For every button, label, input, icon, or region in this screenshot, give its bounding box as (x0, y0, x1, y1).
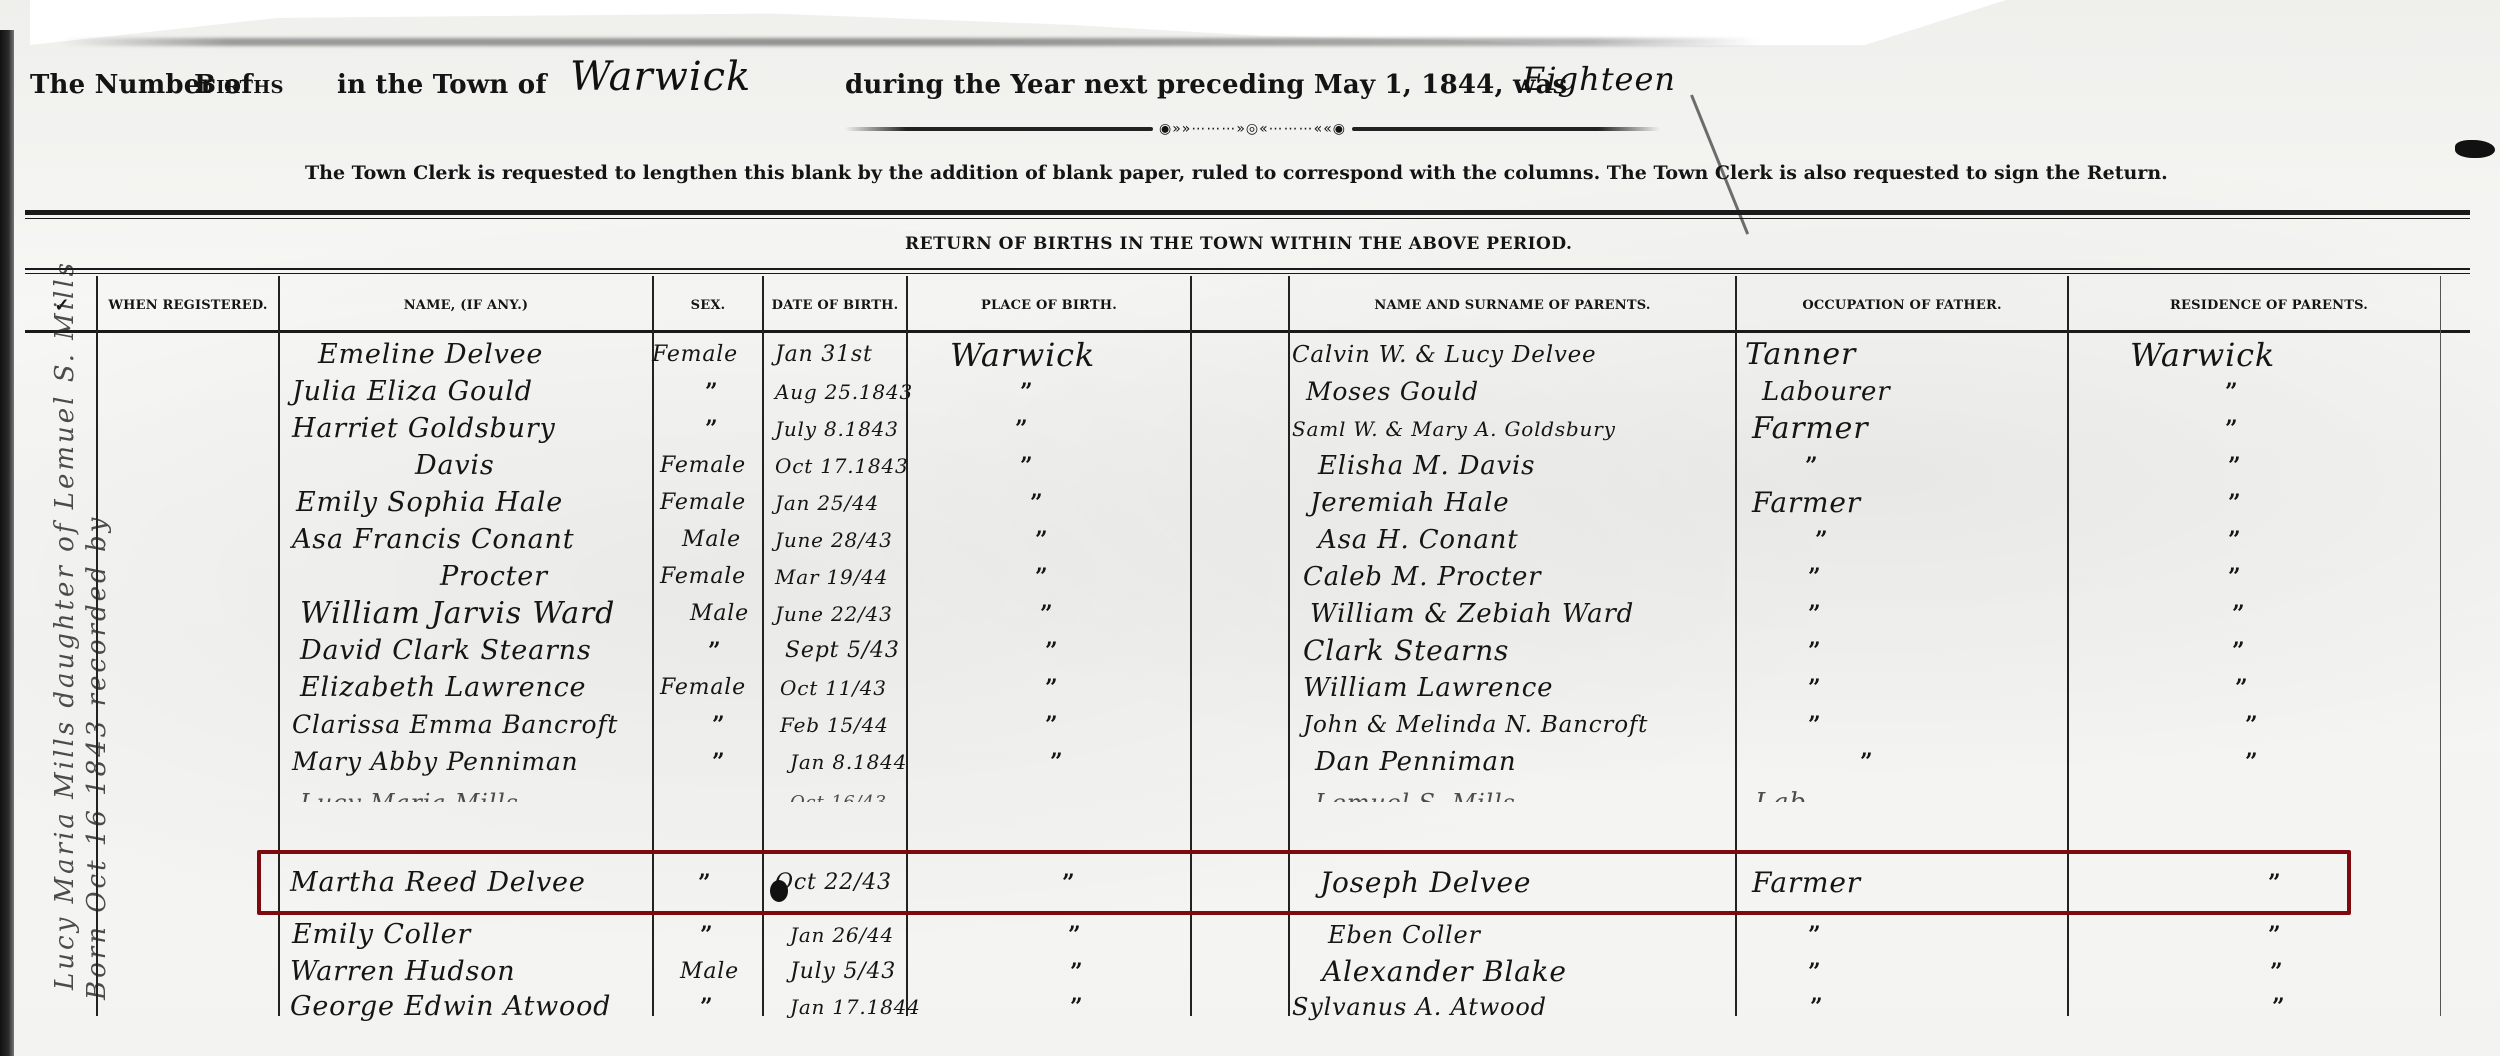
cell-dob: Mar 19/44 (775, 560, 888, 594)
cell-name: George Edwin Atwood (290, 990, 611, 1024)
table-row: David Clark Stearns ” Sept 5/43 ” Clark … (0, 634, 2500, 668)
cell-dob: July 5/43 (790, 955, 896, 989)
table-row-partial: Lucy Maria Mills Oct 16/43 Lemuel S. Mil… (0, 782, 2500, 802)
cell-occupation: ” (1808, 634, 1821, 668)
section-title: RETURN OF BIRTHS IN THE TOWN WITHIN THE … (905, 234, 1572, 254)
cell-parents: William Lawrence (1303, 671, 1553, 705)
ornament-divider: ◉»»⋯⋯⋯»◎«⋯⋯⋯««◉ (845, 122, 1660, 136)
cell-dob: Jan 25/44 (775, 486, 879, 520)
cell-place: ” (1035, 560, 1048, 594)
table-row: Davis Female Oct 17.1843 ” Elisha M. Dav… (0, 449, 2500, 483)
cell-sex: Male (690, 597, 749, 631)
cell-dob: Jan 26/44 (790, 918, 894, 952)
cell-sex: ” (712, 745, 725, 779)
birth-count: Eighteen (1522, 60, 1676, 98)
cell-residence: ” (2235, 671, 2248, 705)
cell-parents: Lemuel S. Mills (1315, 786, 1516, 802)
cell-dob: Jan 31st (775, 338, 873, 372)
cell-place: Warwick (950, 338, 1095, 372)
cell-dob: Oct 17.1843 (775, 449, 909, 483)
cell-occupation: ” (1860, 745, 1873, 779)
cell-sex: ” (700, 990, 713, 1024)
table-row: George Edwin Atwood ” Jan 17.1844 ” Sylv… (0, 990, 2500, 1024)
cell-residence: ” (2225, 375, 2238, 409)
cell-name: Harriet Goldsbury (292, 412, 556, 446)
cell-sex: ” (700, 918, 713, 952)
cell-place: ” (1070, 990, 1083, 1024)
header-rule-bottom (25, 330, 2470, 333)
cell-place: ” (1070, 955, 1083, 989)
table-row: Mary Abby Penniman ” Jan 8.1844 ” Dan Pe… (0, 745, 2500, 779)
cell-parents: Clark Stearns (1303, 634, 1509, 668)
cell-sex: ” (712, 708, 725, 742)
cell-sex: Male (682, 523, 741, 557)
cell-name: Mary Abby Penniman (292, 745, 578, 779)
cell-parents: Moses Gould (1306, 375, 1479, 409)
col-sex: SEX. (654, 280, 762, 330)
cell-residence: ” (2272, 990, 2285, 1024)
cell-residence: ” (2228, 486, 2241, 520)
cell-dob: Sept 5/43 (785, 634, 900, 668)
cell-place: ” (1020, 449, 1033, 483)
cell-residence: ” (2228, 560, 2241, 594)
cell-dob: June 28/43 (775, 523, 893, 557)
cell-residence: ” (2228, 449, 2241, 483)
cell-sex: ” (708, 634, 721, 668)
cell-dob: Oct 16/43 (790, 786, 887, 802)
record-page: The Number of Births in the Town of Warw… (0, 0, 2500, 1056)
table-row: Clarissa Emma Bancroft ” Feb 15/44 ” Joh… (0, 708, 2500, 742)
col-name: NAME, (if any.) (280, 280, 652, 330)
table-row: Emeline Delvee Female Jan 31st Warwick C… (0, 338, 2500, 372)
cell-residence: ” (2228, 523, 2241, 557)
table-row: Warren Hudson Male July 5/43 ” Alexander… (0, 955, 2500, 989)
cell-sex: Female (660, 560, 746, 594)
cell-parents: Jeremiah Hale (1310, 486, 1509, 520)
cell-place: ” (1020, 375, 1033, 409)
cell-parents: Elisha M. Davis (1318, 449, 1535, 483)
cell-sex: Female (660, 486, 746, 520)
table-row: Harriet Goldsbury ” July 8.1843 ” Saml W… (0, 412, 2500, 446)
cell-residence: ” (2268, 918, 2281, 952)
cell-occupation: Tanner (1745, 338, 1856, 372)
cell-residence: ” (2225, 412, 2238, 446)
cell-occupation: ” (1805, 449, 1818, 483)
cell-dob: Jan 17.1844 (790, 990, 921, 1024)
cell-parents: Calvin W. & Lucy Delvee (1292, 338, 1596, 372)
title-births: Births (194, 70, 284, 100)
cell-occupation: ” (1808, 560, 1821, 594)
cell-occupation: Labourer (1762, 375, 1890, 409)
ink-blot (2455, 140, 2495, 158)
table-row: William Jarvis Ward Male June 22/43 ” Wi… (0, 597, 2500, 631)
cell-sex: Female (652, 338, 738, 372)
cell-parents: Saml W. & Mary A. Goldsbury (1292, 412, 1616, 446)
cell-dob: Feb 15/44 (780, 708, 889, 742)
title-in-town: in the Town of (337, 70, 547, 100)
header-rule-top (25, 268, 2470, 270)
cell-sex: Male (680, 955, 739, 989)
table-row: Emily Coller ” Jan 26/44 ” Eben Coller ”… (0, 918, 2500, 952)
cell-name: Davis (415, 449, 495, 483)
cell-residence: Warwick (2130, 338, 2275, 372)
cell-occupation: ” (1808, 708, 1821, 742)
cell-place: ” (1045, 671, 1058, 705)
cell-name: Warren Hudson (290, 955, 515, 989)
table-row: Emily Sophia Hale Female Jan 25/44 ” Jer… (0, 486, 2500, 520)
col-occupation: OCCUPATION OF FATHER. (1737, 280, 2067, 330)
cell-occupation: ” (1808, 918, 1821, 952)
cell-name: Clarissa Emma Bancroft (292, 708, 618, 742)
col-parents: NAME AND SURNAME OF PARENTS. (1290, 280, 1735, 330)
cell-occupation: Farmer (1752, 412, 1868, 446)
document-title: The Number of Births in the Town of Warw… (30, 62, 2030, 122)
heavy-rule (25, 210, 2470, 215)
cell-name: Procter (440, 560, 548, 594)
table-row: Elizabeth Lawrence Female Oct 11/43 ” Wi… (0, 671, 2500, 705)
town-name: Warwick (570, 54, 751, 100)
cell-parents: Caleb M. Procter (1303, 560, 1541, 594)
cell-name: Emily Sophia Hale (296, 486, 563, 520)
cell-parents: Alexander Blake (1322, 955, 1567, 989)
cell-residence: ” (2270, 955, 2283, 989)
table-row: Procter Female Mar 19/44 ” Caleb M. Proc… (0, 560, 2500, 594)
cell-parents: Dan Penniman (1315, 745, 1516, 779)
cell-parents: John & Melinda N. Bancroft (1303, 708, 1648, 742)
cell-residence: ” (2232, 597, 2245, 631)
header-rule-top-thin (25, 273, 2470, 274)
cell-occupation: Lab. (1755, 786, 1816, 802)
cell-parents: Eben Coller (1328, 918, 1481, 952)
cell-parents: William & Zebiah Ward (1310, 597, 1634, 631)
cell-place: ” (1045, 634, 1058, 668)
cell-dob: July 8.1843 (775, 412, 899, 446)
cell-name: Asa Francis Conant (292, 523, 574, 557)
cell-residence: ” (2245, 708, 2258, 742)
paper-shadow (60, 38, 1760, 46)
cell-place: ” (1045, 708, 1058, 742)
cell-name: William Jarvis Ward (300, 597, 615, 631)
cell-dob: Jan 8.1844 (790, 745, 907, 779)
cell-residence: ” (2232, 634, 2245, 668)
cell-name: Lucy Maria Mills (300, 786, 519, 802)
cell-occupation: ” (1810, 990, 1823, 1024)
cell-occupation: ” (1808, 597, 1821, 631)
cell-sex: ” (705, 375, 718, 409)
cell-place: ” (1050, 745, 1063, 779)
cell-place: ” (1040, 597, 1053, 631)
cell-name: David Clark Stearns (300, 634, 592, 668)
cell-name: Elizabeth Lawrence (300, 671, 586, 705)
cell-place: ” (1068, 918, 1081, 952)
cell-dob: Oct 11/43 (780, 671, 887, 705)
cell-occupation: ” (1815, 523, 1828, 557)
cell-dob: June 22/43 (775, 597, 893, 631)
cell-place: ” (1030, 486, 1043, 520)
cell-occupation: ” (1808, 671, 1821, 705)
cell-place: ” (1035, 523, 1048, 557)
title-period: during the Year next preceding May 1, 18… (845, 70, 1567, 100)
thin-rule (25, 218, 2470, 219)
cell-sex: ” (705, 412, 718, 446)
cell-place: ” (1015, 412, 1028, 446)
col-date-of-birth: DATE OF BIRTH. (764, 280, 906, 330)
highlighted-record-box (257, 850, 2351, 915)
table-row: Julia Eliza Gould ” Aug 25.1843 ” Moses … (0, 375, 2500, 409)
col-when-registered: WHEN REGISTERED. (98, 280, 278, 330)
cell-name: Julia Eliza Gould (292, 375, 533, 409)
cell-occupation: ” (1808, 955, 1821, 989)
cell-dob: Aug 25.1843 (775, 375, 913, 409)
table-row: Asa Francis Conant Male June 28/43 ” Asa… (0, 523, 2500, 557)
col-residence: RESIDENCE OF PARENTS. (2069, 280, 2469, 330)
col-place-of-birth: PLACE OF BIRTH. (908, 280, 1190, 330)
cell-residence: ” (2245, 745, 2258, 779)
cell-parents: Sylvanus A. Atwood (1292, 990, 1547, 1024)
cell-sex: Female (660, 671, 746, 705)
instruction-text: The Town Clerk is requested to lengthen … (305, 162, 2205, 184)
cell-name: Emeline Delvee (318, 338, 543, 372)
cell-sex: Female (660, 449, 746, 483)
cell-occupation: Farmer (1752, 486, 1861, 520)
cell-name: Emily Coller (292, 918, 471, 952)
cell-parents: Asa H. Conant (1318, 523, 1518, 557)
